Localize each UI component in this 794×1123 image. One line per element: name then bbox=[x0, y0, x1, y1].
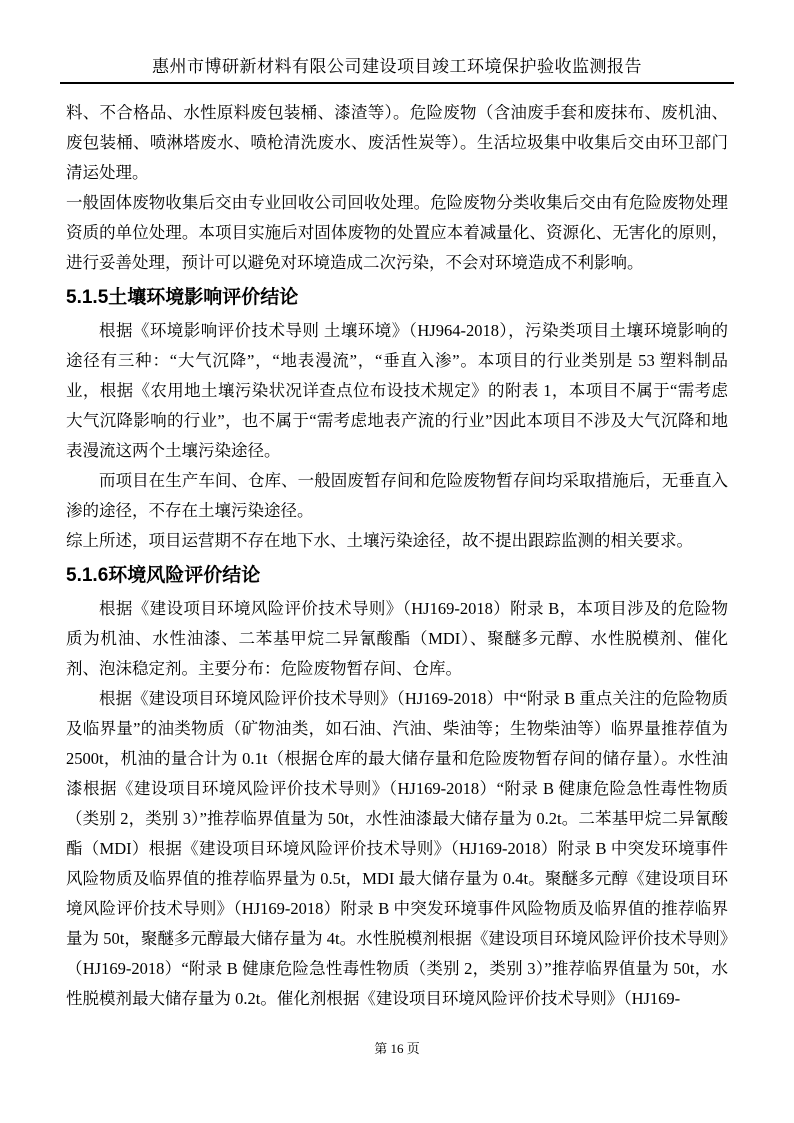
body-paragraph: 一般固体废物收集后交由专业回收公司回收处理。危险废物分类收集后交由有危险废物处理… bbox=[66, 188, 728, 278]
document-page: 惠州市博研新材料有限公司建设项目竣工环境保护验收监测报告 料、不合格品、水性原料… bbox=[0, 0, 794, 1123]
page-number: 第 16 页 bbox=[0, 1038, 794, 1057]
section-heading-5-1-5: 5.1.5土壤环境影响评价结论 bbox=[66, 285, 728, 311]
page-header-title: 惠州市博研新材料有限公司建设项目竣工环境保护验收监测报告 bbox=[60, 52, 734, 82]
header-rule bbox=[60, 82, 734, 84]
body-paragraph: 而项目在生产车间、仓库、一般固废暂存间和危险废物暂存间均采取措施后，无垂直入渗的… bbox=[66, 466, 728, 526]
document-body: 料、不合格品、水性原料废包装桶、漆渣等）。危险废物（含油废手套和废抹布、废机油、… bbox=[60, 94, 734, 1014]
section-heading-5-1-6: 5.1.6环境风险评价结论 bbox=[66, 563, 728, 589]
body-paragraph: 料、不合格品、水性原料废包装桶、漆渣等）。危险废物（含油废手套和废抹布、废机油、… bbox=[66, 98, 728, 188]
body-paragraph: 根据《环境影响评价技术导则 土壤环境》（HJ964-2018），污染类项目土壤环… bbox=[66, 316, 728, 466]
body-paragraph: 根据《建设项目环境风险评价技术导则》（HJ169-2018）中“附录 B 重点关… bbox=[66, 684, 728, 1014]
body-paragraph: 综上所述，项目运营期不存在地下水、土壤污染途径，故不提出跟踪监测的相关要求。 bbox=[66, 526, 728, 556]
body-paragraph: 根据《建设项目环境风险评价技术导则》（HJ169-2018）附录 B，本项目涉及… bbox=[66, 594, 728, 684]
